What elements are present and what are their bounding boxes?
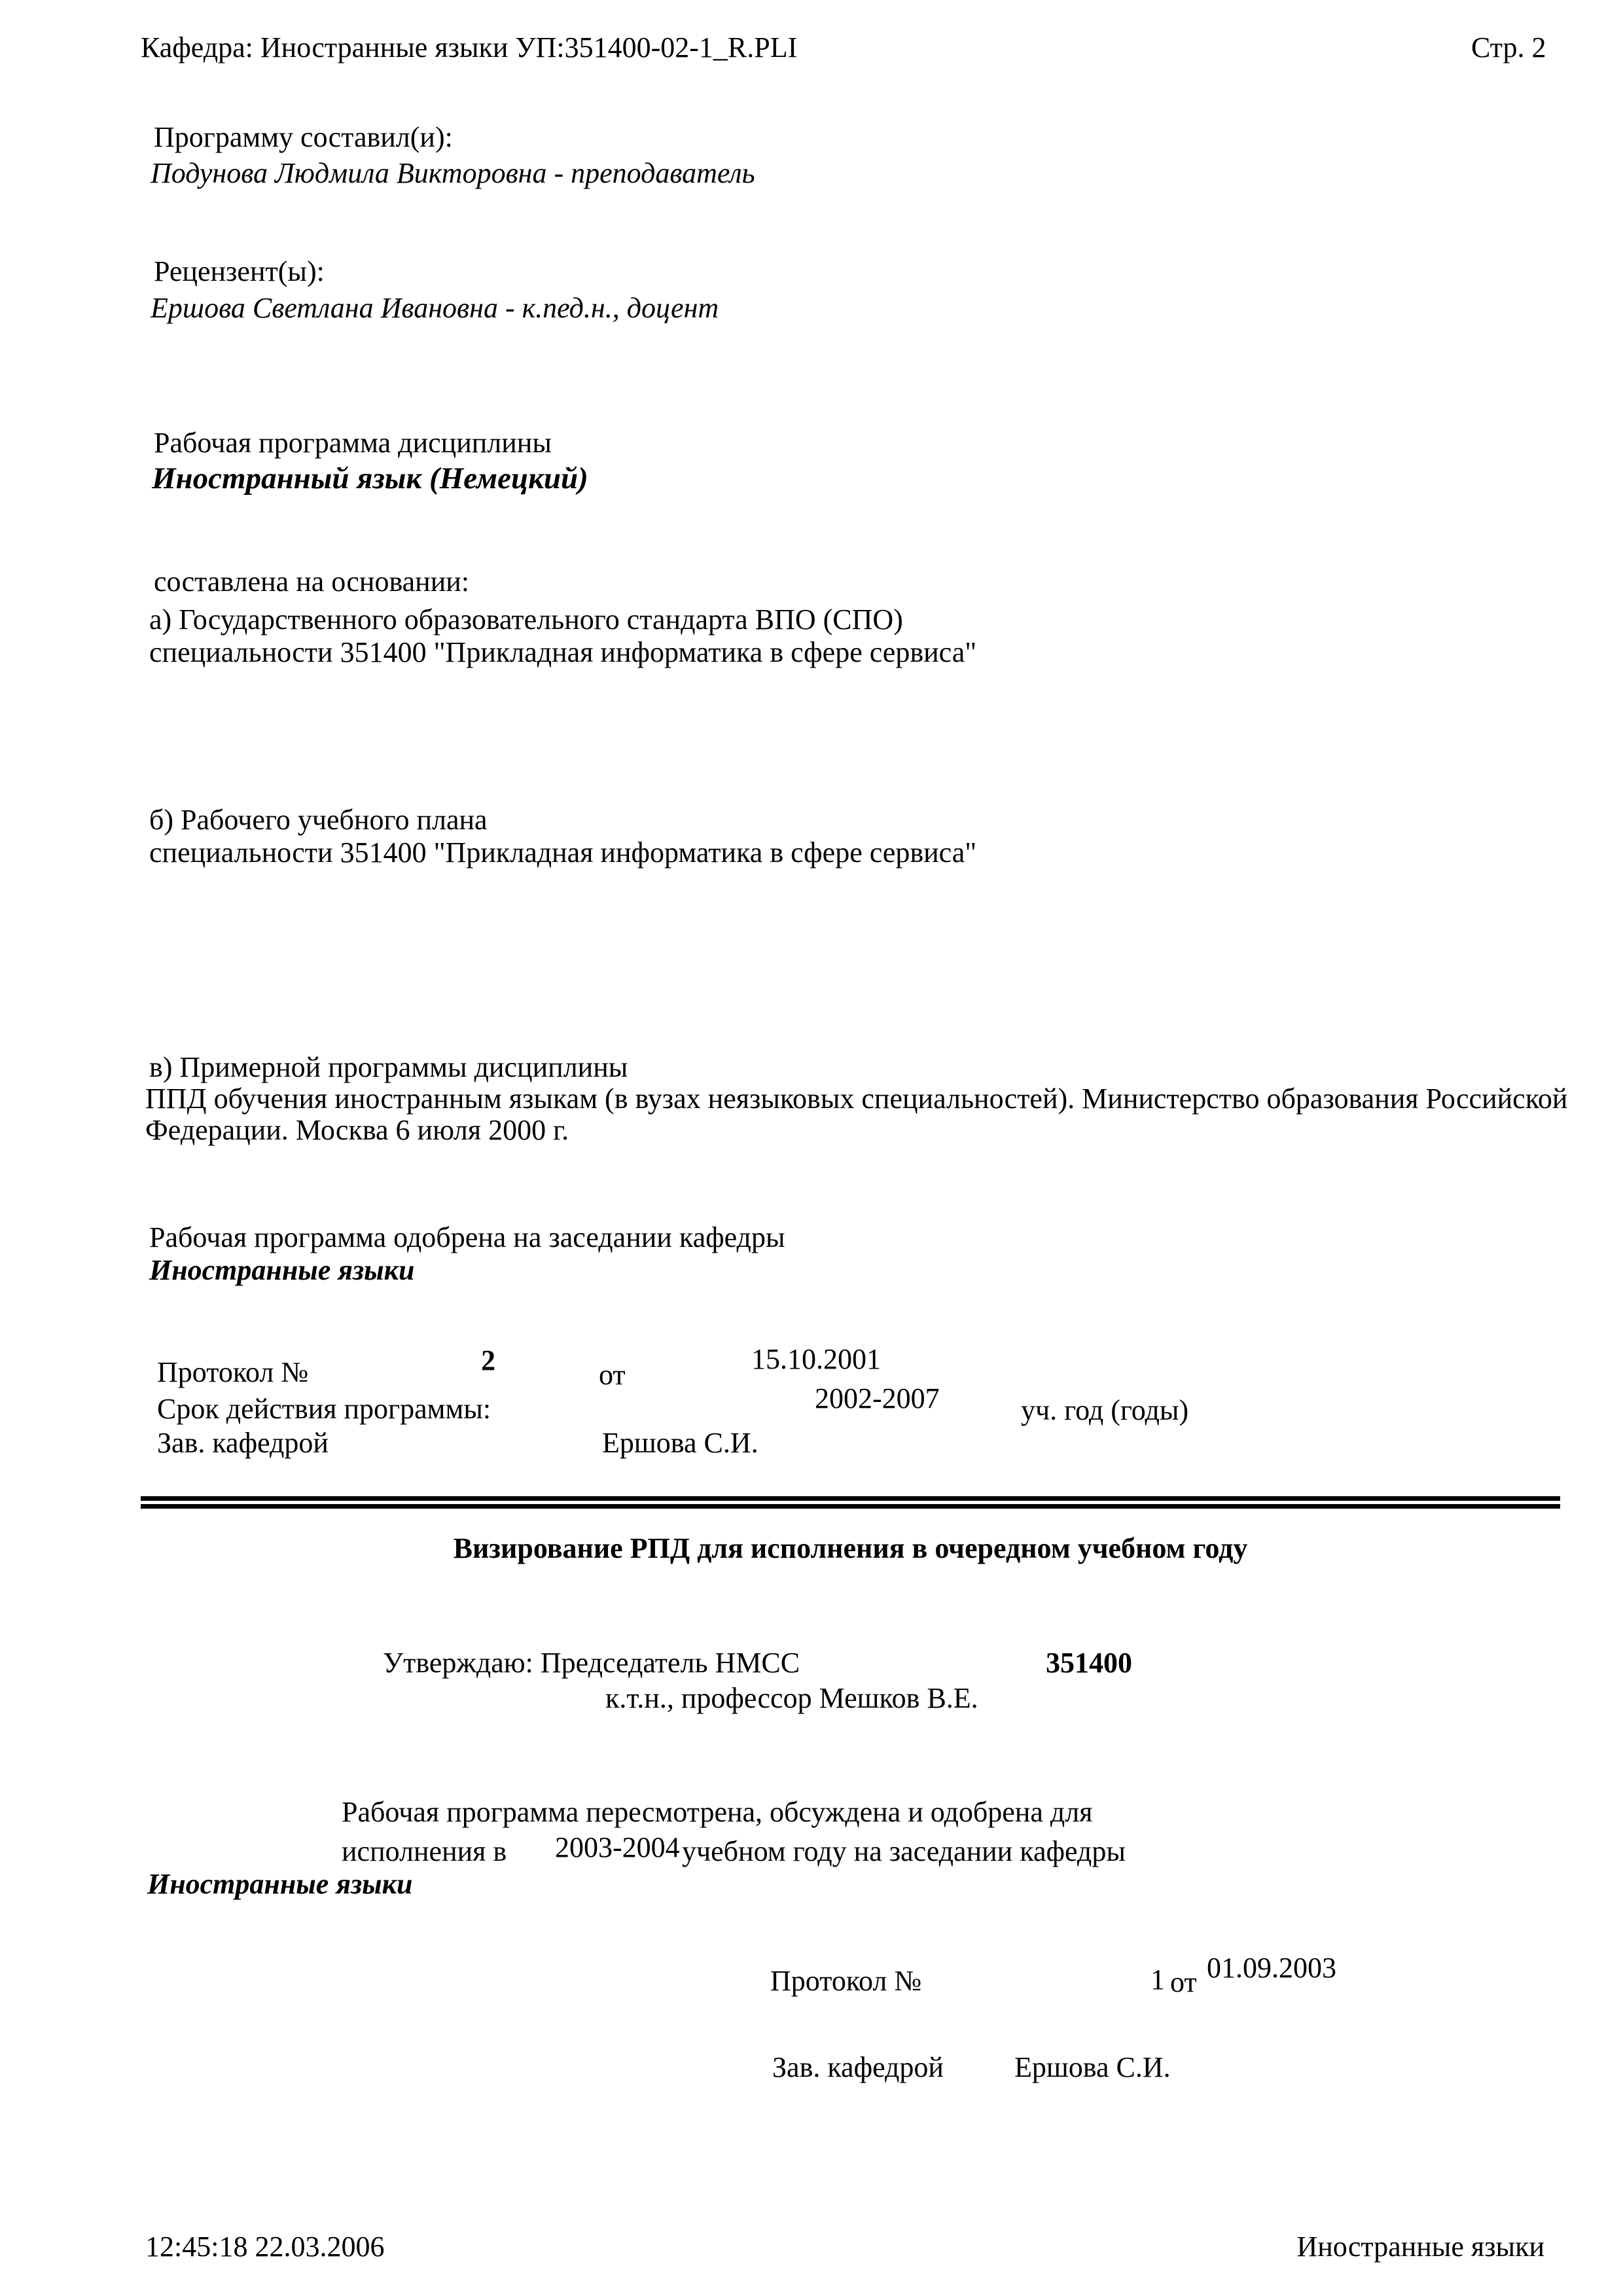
visa-revised-line1: Рабочая программа пересмотрена, обсужден…: [342, 1796, 1092, 1829]
basis-a-line2: специальности 351400 "Прикладная информа…: [149, 636, 976, 670]
double-horizontal-rule: [141, 1496, 1560, 1509]
protocol-label: Протокол №: [157, 1356, 308, 1390]
visa-approver-name: к.т.н., профессор Мешков В.Е.: [605, 1682, 978, 1715]
head-of-department-name: Ершова С.И.: [602, 1427, 758, 1460]
footer-timestamp: 12:45:18 22.03.2006: [145, 2231, 384, 2264]
basis-b-line2: специальности 351400 "Прикладная информа…: [149, 836, 976, 870]
basis-c-line2: ППД обучения иностранным языкам (в вузах…: [145, 1083, 1567, 1116]
visa-department: Иностранные языки: [147, 1868, 412, 1901]
reviewer-label: Рецензент(ы):: [154, 255, 325, 289]
validity-label: Срок действия программы:: [157, 1393, 491, 1426]
visa-specialty-code: 351400: [1046, 1647, 1132, 1680]
validity-years: 2002-2007: [815, 1382, 940, 1416]
basis-intro: составлена на основании:: [154, 565, 469, 599]
approval-line: Рабочая программа одобрена на заседании …: [149, 1221, 785, 1255]
compiler-name: Подунова Людмила Викторовна - преподават…: [151, 157, 755, 190]
protocol-date: 15.10.2001: [751, 1343, 881, 1376]
basis-c-line1: в) Примерной программы дисциплины: [149, 1051, 628, 1085]
visa-protocol-from-label: от: [1170, 1966, 1197, 2000]
visa-revised-year: 2003-2004: [555, 1831, 680, 1865]
visa-protocol-date: 01.09.2003: [1207, 1952, 1336, 1985]
visa-approve-label: Утверждаю: Председатель НМСС: [383, 1647, 800, 1680]
document-page: Кафедра: Иностранные языки УП:351400-02-…: [0, 0, 1623, 2296]
program-label: Рабочая программа дисциплины: [154, 427, 552, 460]
footer-department: Иностранные языки: [1296, 2231, 1544, 2264]
visa-head-of-department-label: Зав. кафедрой: [772, 2051, 944, 2085]
basis-b-line1: б) Рабочего учебного плана: [149, 804, 488, 837]
visa-protocol-number: 1: [1150, 1964, 1165, 1997]
visa-revised-suffix: учебном году на заседании кафедры: [682, 1835, 1126, 1869]
header-department-line: Кафедра: Иностранные языки УП:351400-02-…: [141, 31, 797, 65]
reviewer-name: Ершова Светлана Ивановна - к.пед.н., доц…: [151, 292, 719, 325]
page-number: Стр. 2: [1471, 31, 1546, 65]
approval-department: Иностранные языки: [149, 1254, 414, 1287]
basis-a-line1: а) Государственного образовательного ста…: [149, 603, 903, 637]
compiler-label: Программу составил(и):: [154, 121, 453, 154]
validity-suffix: уч. год (годы): [1021, 1394, 1188, 1427]
visa-head-of-department-name: Ершова С.И.: [1014, 2051, 1171, 2085]
visa-protocol-label: Протокол №: [770, 1965, 921, 1998]
head-of-department-label: Зав. кафедрой: [157, 1427, 329, 1460]
program-title: Иностранный язык (Немецкий): [152, 461, 588, 496]
protocol-from-label: от: [599, 1359, 626, 1392]
visa-revised-prefix: исполнения в: [342, 1835, 507, 1869]
protocol-number: 2: [481, 1344, 495, 1378]
visa-heading: Визирование РПД для исполнения в очередн…: [141, 1532, 1560, 1565]
basis-c-line3: Федерации. Москва 6 июля 2000 г.: [145, 1114, 569, 1147]
